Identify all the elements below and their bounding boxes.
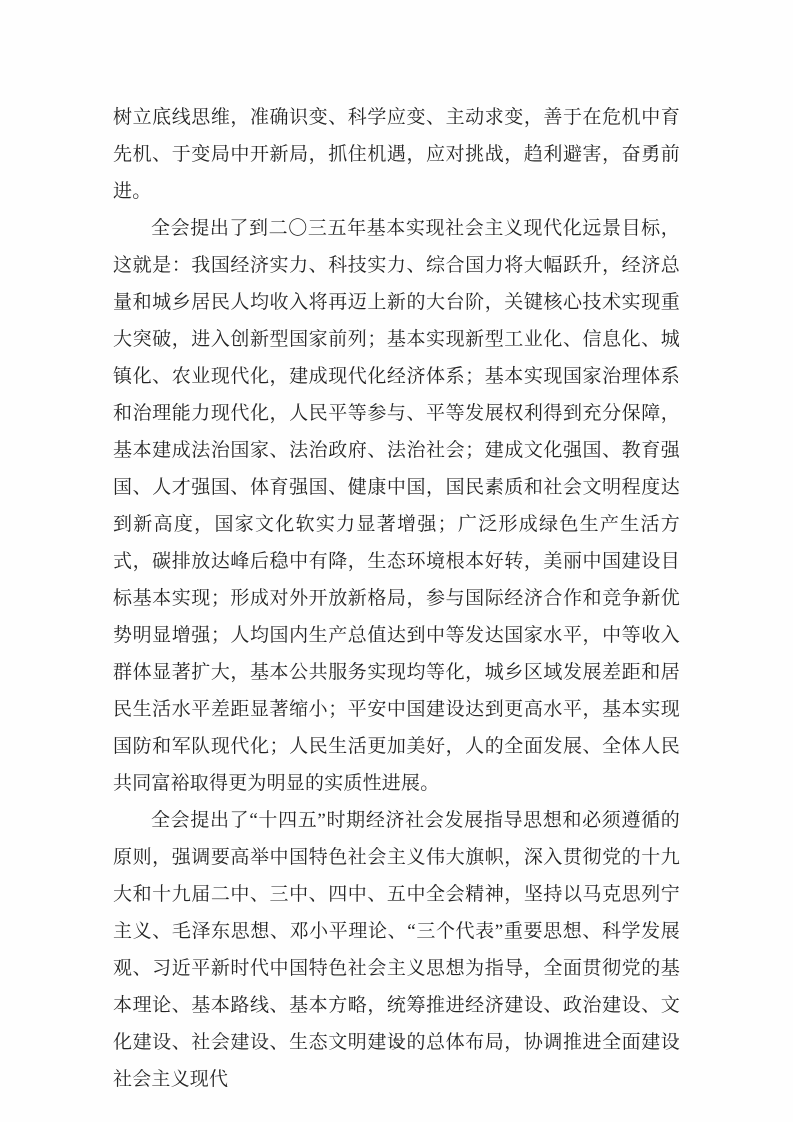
document-body: 树立底线思维，准确识变、科学应变、主动求变，善于在危机中育先机、于变局中开新局，… bbox=[113, 99, 680, 1098]
paragraph-2035-goals: 全会提出了到二〇三五年基本实现社会主义现代化远景目标，这就是：我国经济实力、科技… bbox=[113, 210, 680, 802]
document-page: 树立底线思维，准确识变、科学应变、主动求变，善于在危机中育先机、于变局中开新局，… bbox=[0, 0, 793, 1122]
paragraph-continuation: 树立底线思维，准确识变、科学应变、主动求变，善于在危机中育先机、于变局中开新局，… bbox=[113, 99, 680, 210]
page-number: 5 bbox=[0, 1033, 793, 1055]
